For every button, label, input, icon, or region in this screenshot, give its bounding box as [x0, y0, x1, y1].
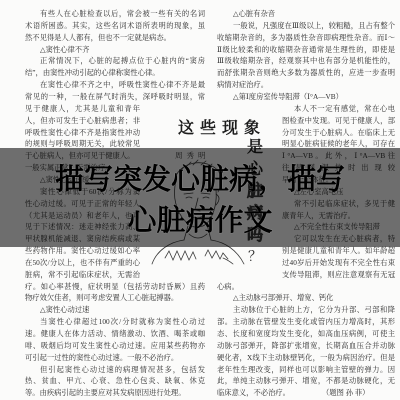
text-line: 老年性生理改变，同样也可以影响主管壁的弹力。因	[217, 364, 395, 376]
section-heading: △窦性心动过速	[40, 304, 205, 316]
headline-horizontal: 这些现象	[178, 115, 266, 138]
illustration-credit: （题图 孙 菲）	[322, 387, 369, 399]
text-line: 动脉弓部弹开，降部扩张增宽，长期高血压合并动脉	[217, 340, 395, 352]
text-line: 脏病，常不引起临床症状，无需治	[25, 269, 140, 281]
text-line: 图检查中发现。可见于健康人，部	[282, 115, 395, 127]
text-line: 过40岁后开始发现有不完全性右束	[282, 257, 395, 269]
text-line: 然不见得是人人都有，但也不一定就是病态。	[25, 32, 205, 44]
text-line: 态、长度和宽度均发生变化，如高血压病例，可使主	[217, 328, 395, 340]
text-line: 可引起一过性的窦性心动过速。一般不必治疗。	[25, 352, 205, 364]
text-line: 而舒张期杂音则绝大多数为器质性的，应进一步查明	[217, 67, 395, 79]
text-line: 支传导阻滞，则应注意观察有无冠	[282, 269, 395, 281]
text-line: 硬化者，X线下主动脉壁钙化，一般为病因治疗。但是	[217, 352, 395, 364]
text-line: 在50次/分以上，也不伴有严重的心	[25, 257, 140, 269]
text-line: 啡、吸烟后均可发生窦性心动过速。应用某些药物亦	[25, 340, 205, 352]
text-line: 一般说，凡强度在Ⅲ级以上，较粗糙，且占有整个	[233, 20, 395, 32]
text-line: 在窦性心律不齐之中，呼吸性窦性心律不齐是最	[40, 79, 205, 91]
text-line: 心病。	[217, 281, 395, 293]
text-line: 本人不一定有感觉，常在心电	[294, 103, 395, 115]
section-heading: △第Ⅰ度房室传导阻滞（Ⅰ°A—VB）	[233, 91, 395, 103]
text-line: Ⅲ级收缩期杂音，经观察其中也有部分是机能性的，	[217, 55, 395, 67]
text-line: 术语所困惑。其实，这些名词术语所表明的现象，虽	[25, 20, 205, 32]
text-line: 分可发生于心脏病人。在临床上无	[282, 127, 395, 139]
overlay-title-line-2: 心脏病作文	[0, 204, 400, 236]
section-heading: △心脏有杂音	[233, 8, 395, 20]
text-line: Ⅱ级比较柔和的收缩期杂音通常是生理性的，即使是	[217, 44, 395, 56]
text-line: 部。主动脉在管壁发生变化或管内压力增高时，其形	[217, 316, 395, 328]
text-line: 等。由疾病引起的主要应对其发病原因进行处理。	[25, 387, 205, 399]
scanned-article-page: 有些人在心脏检查以后，常会被一些有关的名词 术语所困惑。其实，这些名词术语所表明…	[0, 0, 400, 400]
text-line: 结”，由窦性冲动引起的心律称窦性心律。	[25, 67, 205, 79]
text-line: 但引起窦性心动过速的病理情况甚多，包括发	[40, 364, 205, 376]
overlay-title-line-1: 描写突发心脏病，描写	[0, 163, 400, 195]
text-line: 此，单纯主动脉弓弹开、增宽，不都是动脉硬化，无	[217, 375, 395, 387]
text-line: 常见的一种，一般在屏气时消失，深呼吸时明显，常	[25, 91, 205, 103]
section-heading: △主动脉弓部弹开、增宽、钙化	[233, 292, 395, 304]
text-line: 病情对症治疗。	[217, 79, 395, 91]
text-line: 正常情况下，心脏的起搏点位于心脏内的“窦房	[40, 55, 205, 67]
text-line: 当窦性心律超过100次/分时就称为窦性心动过	[40, 316, 205, 328]
section-heading: △窦性心律不齐	[40, 44, 205, 56]
text-line: 热、贫血、甲亢、心衰、急性心包炎、缺氧、休克	[25, 375, 205, 387]
text-line: 人，但亦可发生于心脏病患者；非	[25, 115, 140, 127]
text-line: 呼吸性窦性心律不齐是指窦性冲动	[25, 127, 140, 139]
text-line: 疗。如心率甚慢，症状明显（包括劳动时昏厥）且药	[25, 281, 205, 293]
text-line: 见于健康人，尤其是儿童和青年	[25, 103, 140, 115]
text-line: 有些人在心脏检查以后，常会被一些有关的名词	[40, 8, 205, 20]
text-line: 物疗效欠佳者，则可考虑安置人工心脏起搏器。	[25, 292, 205, 304]
text-line: 主动脉位于心脏的上方，它分为升部、弓部和降	[233, 304, 395, 316]
text-line: 收缩期杂音的，多为器质性杂音即病理性杂音。而Ⅰ～	[217, 32, 395, 44]
text-line: 速。健康人在体力活动、情绪激动、饮酒、喝茶或咖	[25, 328, 205, 340]
